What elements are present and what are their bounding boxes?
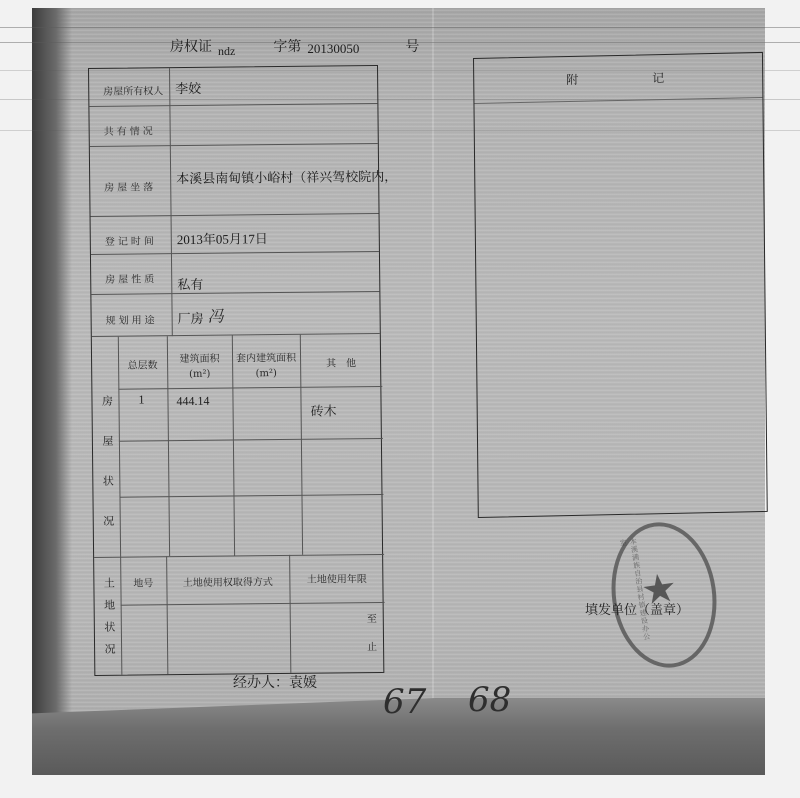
- col-divider: [166, 556, 168, 674]
- nature-row: 房屋性质 私有: [91, 252, 379, 295]
- certificate-header: 房权证ndz字第20130050号: [170, 36, 419, 56]
- page-number-left: 67: [383, 682, 426, 722]
- zi-di-label: 字第: [273, 36, 301, 56]
- header-land-term: 土地使用年限: [289, 572, 384, 588]
- fold-line: [432, 8, 434, 775]
- property-form: 房屋所有权人 李姣 共有情况 房屋坐落 本溪县南甸镇小峪村（祥兴驾校院内， 登记…: [88, 65, 384, 676]
- owner-value: 李姣: [175, 78, 201, 97]
- other-value: 砖木: [310, 400, 336, 419]
- co-ownership-row: 共有情况: [89, 104, 377, 147]
- row-divider: [119, 494, 383, 498]
- term-to-label: 止: [365, 640, 379, 655]
- hao-label: 号: [405, 36, 419, 56]
- house-status-char: 况: [102, 515, 116, 529]
- header-other: 其 他: [300, 356, 382, 372]
- location-label: 房屋坐落: [104, 178, 156, 194]
- owner-row: 房屋所有权人 李姣: [89, 66, 377, 107]
- header-inner-area: 套内建筑面积 (m²): [232, 351, 300, 382]
- land-status-char: 状: [103, 621, 117, 635]
- land-status-char: 况: [103, 643, 117, 657]
- use-row: 规划用途 厂房 冯: [91, 292, 379, 337]
- header-floors: 总层数: [118, 358, 167, 374]
- scan-artifact-line: [0, 27, 800, 28]
- issuer-label: 填发单位（盖章）: [585, 599, 689, 618]
- row-divider: [121, 602, 385, 606]
- house-status-char: 状: [101, 475, 115, 489]
- scan-shadow-left: [32, 8, 72, 775]
- owner-label: 房屋所有权人: [103, 82, 163, 98]
- use-value: 厂房: [178, 308, 204, 327]
- term-from-label: 至: [365, 612, 379, 627]
- handler-signature: 经办人：袁媛: [233, 672, 317, 692]
- registration-value: 2013年05月17日: [177, 228, 268, 248]
- location-value: 本溪县南甸镇小峪村（祥兴驾校院内，: [176, 166, 397, 187]
- appendix-title-row: 附 记: [474, 53, 762, 104]
- header-land-number: 地号: [120, 576, 166, 591]
- building-area-value: 444.14: [176, 394, 209, 409]
- handwritten-mark: 冯: [207, 304, 223, 327]
- land-status-char: 地: [103, 599, 117, 613]
- header-building-area: 建筑面积 (m²): [167, 352, 232, 383]
- house-status-char: 屋: [101, 435, 115, 449]
- certificate-prefix: ndz: [218, 44, 235, 59]
- use-label: 规划用途: [106, 311, 158, 327]
- appendix-box: 附 记: [473, 52, 768, 518]
- location-row: 房屋坐落 本溪县南甸镇小峪村（祥兴驾校院内，: [90, 144, 379, 217]
- header-acquisition-method: 土地使用权取得方式: [166, 575, 289, 591]
- col-divider: [120, 557, 122, 675]
- registration-label: 登记时间: [105, 232, 157, 248]
- co-ownership-label: 共有情况: [104, 122, 156, 138]
- registration-row: 登记时间 2013年05月17日: [91, 214, 379, 255]
- floors-value: 1: [138, 392, 144, 407]
- certificate-title: 房权证: [170, 36, 212, 56]
- nature-label: 房屋性质: [105, 270, 157, 286]
- page-number-right: 68: [468, 680, 511, 720]
- nature-value: 私有: [177, 274, 203, 293]
- certificate-number: 20130050: [307, 41, 359, 57]
- row-divider: [94, 554, 384, 558]
- row-divider: [119, 438, 383, 442]
- appendix-title-right: 记: [652, 69, 664, 86]
- appendix-title-left: 附: [566, 71, 578, 88]
- house-status-char: 房: [100, 395, 114, 409]
- land-status-char: 土: [102, 577, 116, 591]
- row-divider: [118, 386, 382, 390]
